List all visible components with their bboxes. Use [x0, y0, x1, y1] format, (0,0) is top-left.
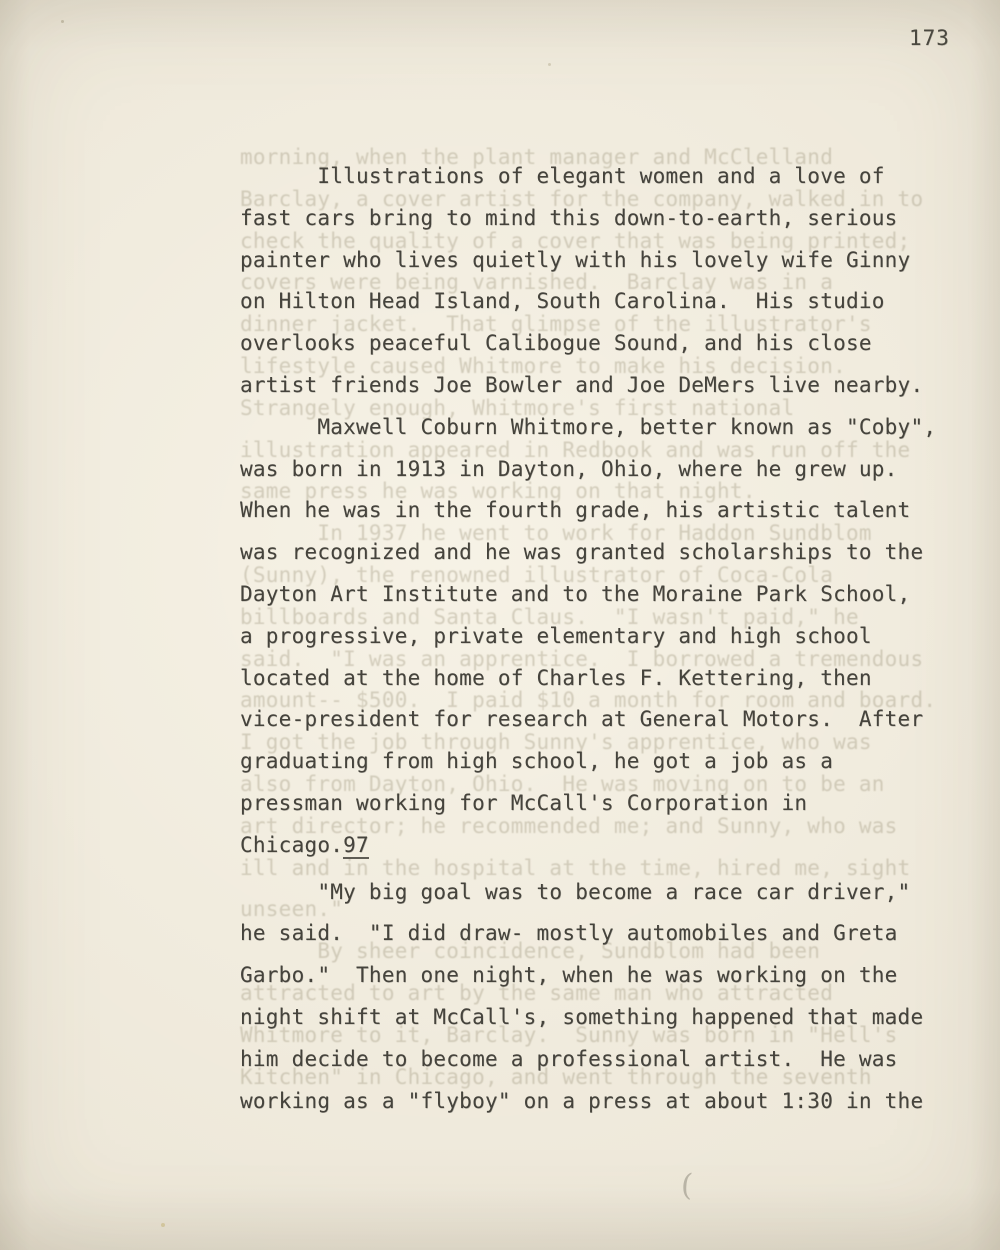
paper-speck — [61, 20, 64, 23]
text-line: Chicago.97 — [240, 825, 960, 867]
text-line: graduating from high school, he got a jo… — [240, 741, 960, 783]
paper-speck — [548, 63, 551, 66]
text-line: located at the home of Charles F. Ketter… — [240, 658, 960, 700]
text-line: Garbo." Then one night, when he was work… — [240, 955, 960, 997]
text-line: Maxwell Coburn Whitmore, better known as… — [240, 407, 960, 449]
text-line: night shift at McCall's, something happe… — [240, 997, 960, 1039]
text-line: vice-president for research at General M… — [240, 699, 960, 741]
text-line: painter who lives quietly with his lovel… — [240, 240, 960, 282]
text-line: was recognized and he was granted schola… — [240, 532, 960, 574]
text-line: a progressive, private elementary and hi… — [240, 616, 960, 658]
paper-speck — [161, 1223, 165, 1227]
text-line: When he was in the fourth grade, his art… — [240, 490, 960, 532]
text-line: Illustrations of elegant women and a lov… — [240, 156, 960, 198]
text-line: was born in 1913 in Dayton, Ohio, where … — [240, 449, 960, 491]
page-number: 173 — [909, 26, 950, 50]
text-line: on Hilton Head Island, South Carolina. H… — [240, 281, 960, 323]
text-line: overlooks peaceful Calibogue Sound, and … — [240, 323, 960, 365]
text-line: pressman working for McCall's Corporatio… — [240, 783, 960, 825]
text-line: he said. "I did draw- mostly automobiles… — [240, 913, 960, 955]
text-line: fast cars bring to mind this down-to-ear… — [240, 198, 960, 240]
text-line: working as a "flyboy" on a press at abou… — [240, 1081, 960, 1123]
footnote-reference: 97 — [343, 833, 369, 859]
text-line: him decide to become a professional arti… — [240, 1039, 960, 1081]
manuscript-page: 173 morning, when the plant manager and … — [0, 0, 1000, 1250]
pencil-stray-mark: ( — [680, 1168, 694, 1204]
text-line: Dayton Art Institute and to the Moraine … — [240, 574, 960, 616]
text-segment: Chicago. — [240, 833, 343, 857]
text-line: artist friends Joe Bowler and Joe DeMers… — [240, 365, 960, 407]
text-line: "My big goal was to become a race car dr… — [240, 872, 960, 914]
typed-text: Illustrations of elegant women and a lov… — [240, 156, 960, 1122]
